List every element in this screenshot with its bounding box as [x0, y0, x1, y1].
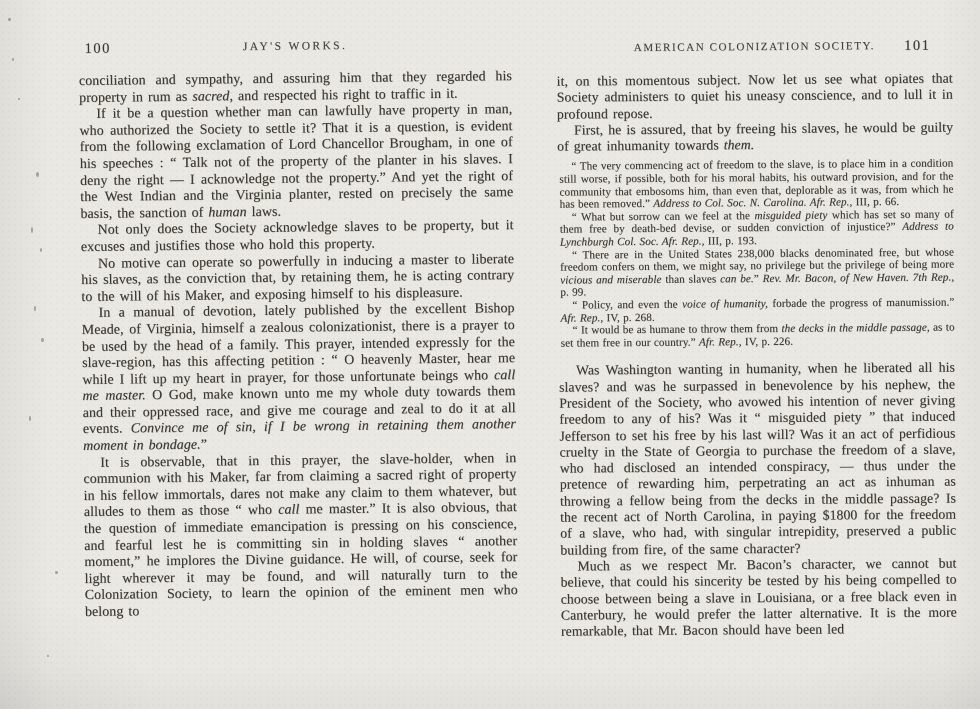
scan-speckle: [31, 227, 33, 233]
scan-speckle: [8, 18, 11, 21]
left-page: 100 JAY'S WORKS. conciliation and sympat…: [78, 0, 518, 622]
right-page-body: it, on this momentous subject. Now let u…: [557, 71, 957, 641]
paragraph: If it be a question whether man can lawf…: [79, 102, 513, 223]
scan-speckle: [36, 172, 39, 177]
scan-speckle: [41, 338, 44, 342]
quotation: “ Policy, and even the voice of humanity…: [560, 297, 954, 325]
left-page-body: conciliation and sympathy, and assuring …: [79, 69, 518, 621]
scan-speckle: [55, 571, 58, 574]
right-page-number: 101: [904, 38, 930, 55]
right-running-head: AMERICAN COLONIZATION SOCIETY.: [556, 40, 952, 55]
quotation: “ It would be as humane to throw them fr…: [561, 322, 955, 350]
paragraph: Much as we respect Mr. Bacon’s character…: [560, 555, 957, 640]
paragraph: Was Washington wanting in humanity, when…: [559, 360, 957, 559]
quotation-block: “ The very commencing act of freedom to …: [559, 158, 954, 350]
scan-speckle: [40, 248, 42, 252]
right-page: AMERICAN COLONIZATION SOCIETY. 101 it, o…: [556, 0, 957, 640]
scan-speckle: [34, 306, 36, 311]
scan-speckle: [29, 416, 31, 421]
left-page-header: 100 JAY'S WORKS.: [78, 38, 511, 61]
quotation: “ The very commencing act of freedom to …: [559, 158, 953, 211]
scan-speckle: [12, 58, 14, 61]
paragraph: conciliation and sympathy, and assuring …: [79, 69, 512, 107]
quotation: “ What but sorrow can we feel at the mis…: [560, 208, 954, 249]
right-page-header: AMERICAN COLONIZATION SOCIETY. 101: [556, 40, 952, 61]
paragraph: it, on this momentous subject. Now let u…: [557, 71, 953, 123]
quotation: “ There are in the United States 238,000…: [560, 246, 954, 299]
left-running-head: JAY'S WORKS.: [78, 38, 511, 55]
paragraph: First, he is assured, that by freeing hi…: [557, 119, 953, 155]
paragraph: No motive can operate so powerfully in i…: [81, 252, 515, 307]
scan-speckle: [47, 655, 49, 657]
paragraph: Not only does the Society acknowledge sl…: [81, 218, 514, 256]
paragraph: It is observable, that in this prayer, t…: [83, 451, 518, 622]
paragraph: In a manual of devotion, lately publishe…: [81, 301, 516, 455]
book-scan: 100 JAY'S WORKS. conciliation and sympat…: [0, 0, 980, 709]
scan-speckle: [18, 98, 20, 100]
